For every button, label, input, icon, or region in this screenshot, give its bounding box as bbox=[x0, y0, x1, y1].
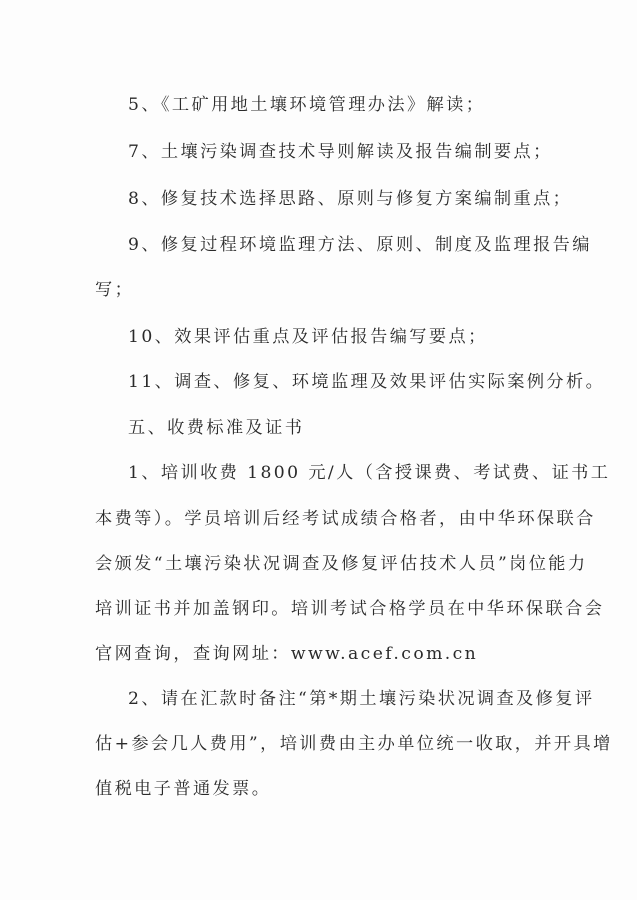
item-7-survey-guideline: 7、土壤污染调查技术导则解读及报告编制要点； bbox=[128, 141, 578, 163]
fee-paragraph-line5-url: 官网查询，查询网址：www.acef.com.cn bbox=[95, 643, 545, 665]
item-5-regulation-interpretation: 5、《工矿用地土壤环境管理办法》解读； bbox=[128, 94, 578, 116]
remittance-note-line3: 值税电子普通发票。 bbox=[95, 778, 545, 800]
item-9-supervision-line1: 9、修复过程环境监理方法、原则、制度及监理报告编 bbox=[128, 234, 578, 256]
item-10-effect-evaluation: 10、效果评估重点及评估报告编写要点； bbox=[128, 326, 578, 348]
item-11-case-analysis: 11、调查、修复、环境监理及效果评估实际案例分析。 bbox=[128, 371, 578, 393]
remittance-note-line2: 估+参会几人费用”，培训费由主办单位统一收取，并开具增 bbox=[95, 733, 545, 755]
fee-paragraph-line3: 会颁发“土壤污染状况调查及修复评估技术人员”岗位能力 bbox=[95, 553, 545, 575]
fee-paragraph-line1: 1、培训收费 1800 元/人（含授课费、考试费、证书工 bbox=[128, 462, 578, 484]
fee-paragraph-line2: 本费等）。学员培训后经考试成绩合格者，由中华环保联合 bbox=[95, 508, 545, 530]
section-5-heading: 五、收费标准及证书 bbox=[128, 417, 578, 439]
document-page: 5、《工矿用地土壤环境管理办法》解读； 7、土壤污染调查技术导则解读及报告编制要… bbox=[0, 0, 637, 900]
remittance-note-line1: 2、请在汇款时备注“第*期土壤污染状况调查及修复评 bbox=[128, 688, 578, 710]
fee-paragraph-line4: 培训证书并加盖钢印。培训考试合格学员在中华环保联合会 bbox=[95, 598, 545, 620]
item-8-remediation-tech: 8、修复技术选择思路、原则与修复方案编制重点； bbox=[128, 188, 578, 210]
item-9-supervision-line2: 写； bbox=[95, 279, 545, 301]
